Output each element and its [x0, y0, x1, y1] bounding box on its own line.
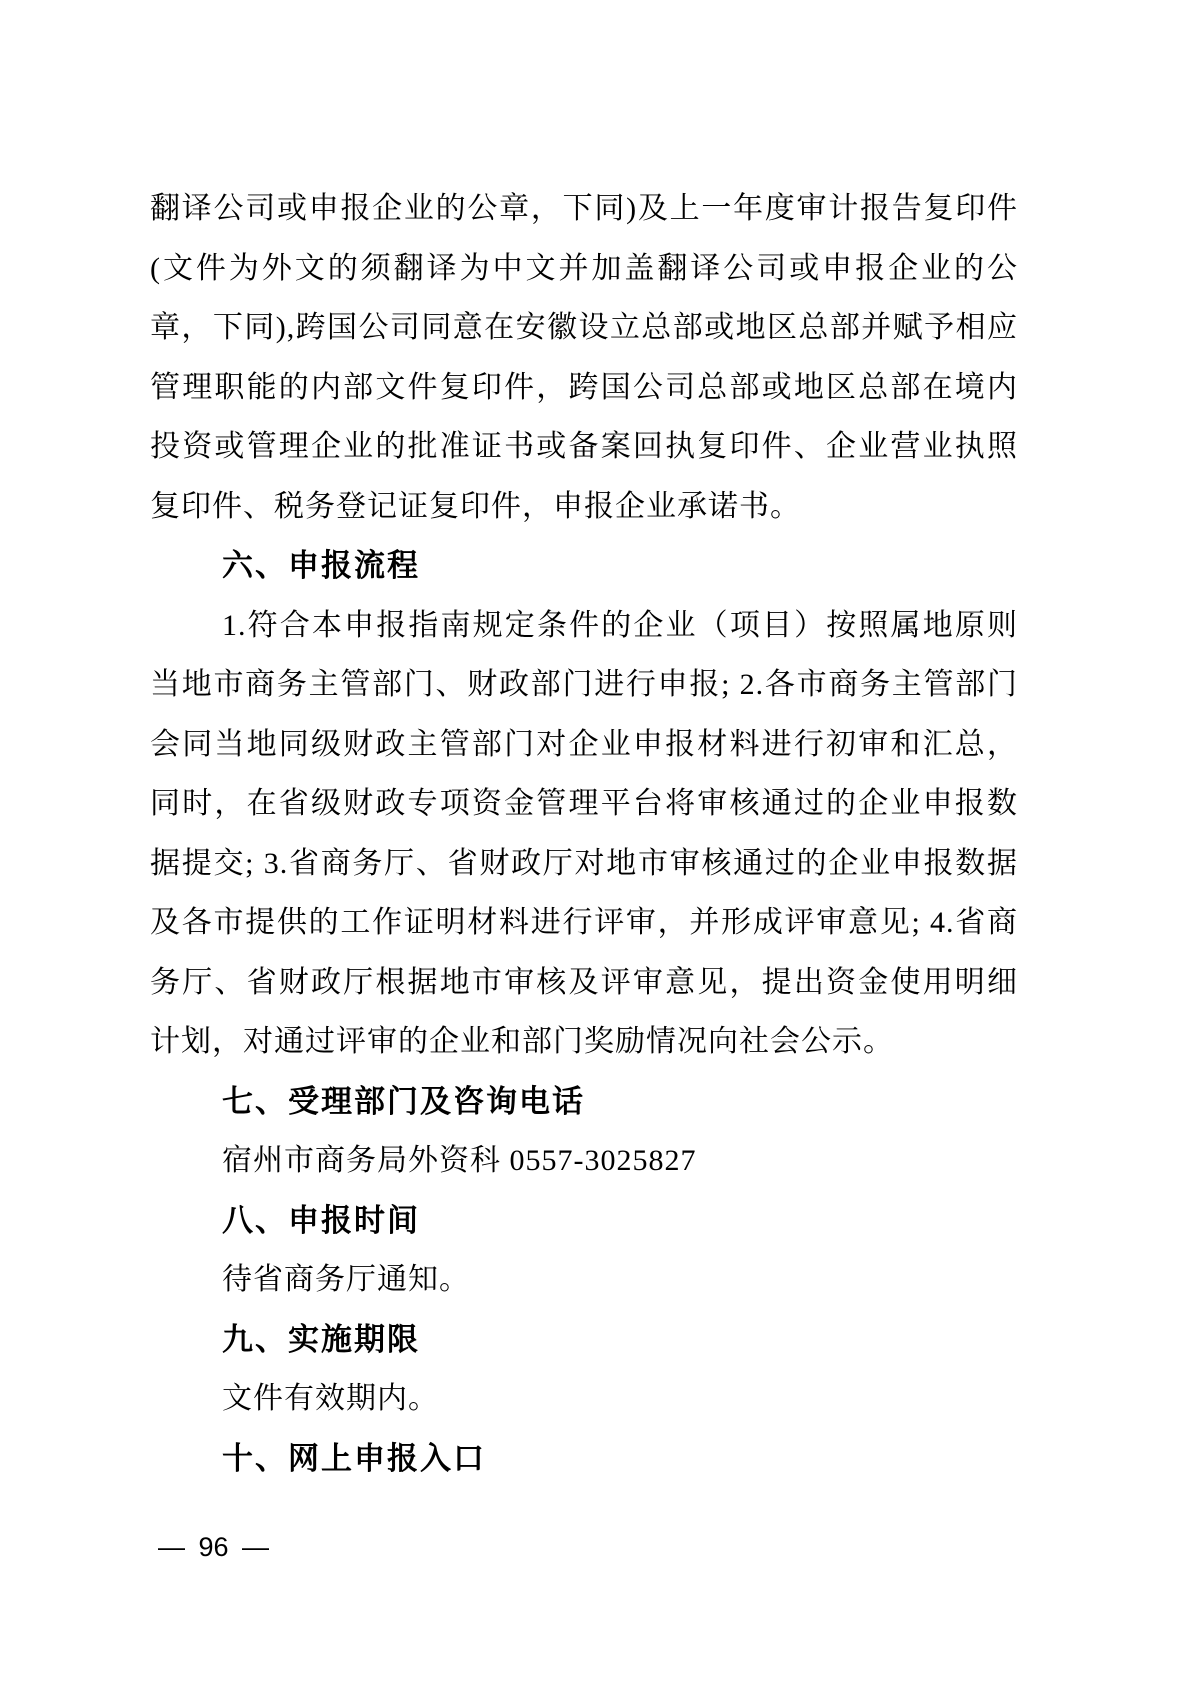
text-line: 翻译公司或申报企业的公章，下同)及上一年度审计报告复印件: [150, 179, 1018, 239]
section-heading: 十、网上申报入口: [150, 1429, 1018, 1489]
document-page: 翻译公司或申报企业的公章，下同)及上一年度审计报告复印件(文件为外文的须翻译为中…: [0, 0, 1190, 1683]
text-line: 务厅、省财政厅根据地市审核及评审意见，提出资金使用明细: [150, 953, 1018, 1013]
text-line: 投资或管理企业的批准证书或备案回执复印件、企业营业执照: [150, 417, 1018, 477]
text-line: 会同当地同级财政主管部门对企业申报材料进行初审和汇总，: [150, 715, 1018, 775]
text-line: 当地市商务主管部门、财政部门进行申报; 2.各市商务主管部门: [150, 655, 1018, 715]
text-line: 宿州市商务局外资科 0557-3025827: [150, 1131, 1018, 1191]
text-line: 章，下同),跨国公司同意在安徽设立总部或地区总部并赋予相应: [150, 298, 1018, 358]
text-line: 计划，对通过评审的企业和部门奖励情况向社会公示。: [150, 1012, 1018, 1072]
section-heading: 六、申报流程: [150, 536, 1018, 596]
text-line: 待省商务厅通知。: [150, 1250, 1018, 1310]
text-line: 复印件、税务登记证复印件，申报企业承诺书。: [150, 477, 1018, 537]
text-line: 及各市提供的工作证明材料进行评审，并形成评审意见; 4.省商: [150, 893, 1018, 953]
text-line: 文件有效期内。: [150, 1369, 1018, 1429]
text-line: 1.符合本申报指南规定条件的企业（项目）按照属地原则向: [150, 596, 1018, 656]
text-line: (文件为外文的须翻译为中文并加盖翻译公司或申报企业的公: [150, 239, 1018, 299]
section-heading: 七、受理部门及咨询电话: [150, 1072, 1018, 1132]
text-line: 据提交; 3.省商务厅、省财政厅对地市审核通过的企业申报数据: [150, 834, 1018, 894]
section-heading: 九、实施期限: [150, 1310, 1018, 1370]
document-body: 翻译公司或申报企业的公章，下同)及上一年度审计报告复印件(文件为外文的须翻译为中…: [150, 179, 1018, 1488]
text-line: 管理职能的内部文件复印件，跨国公司总部或地区总部在境内: [150, 358, 1018, 418]
section-heading: 八、申报时间: [150, 1191, 1018, 1251]
page-number: — 96 —: [158, 1532, 269, 1562]
text-line: 同时，在省级财政专项资金管理平台将审核通过的企业申报数: [150, 774, 1018, 834]
